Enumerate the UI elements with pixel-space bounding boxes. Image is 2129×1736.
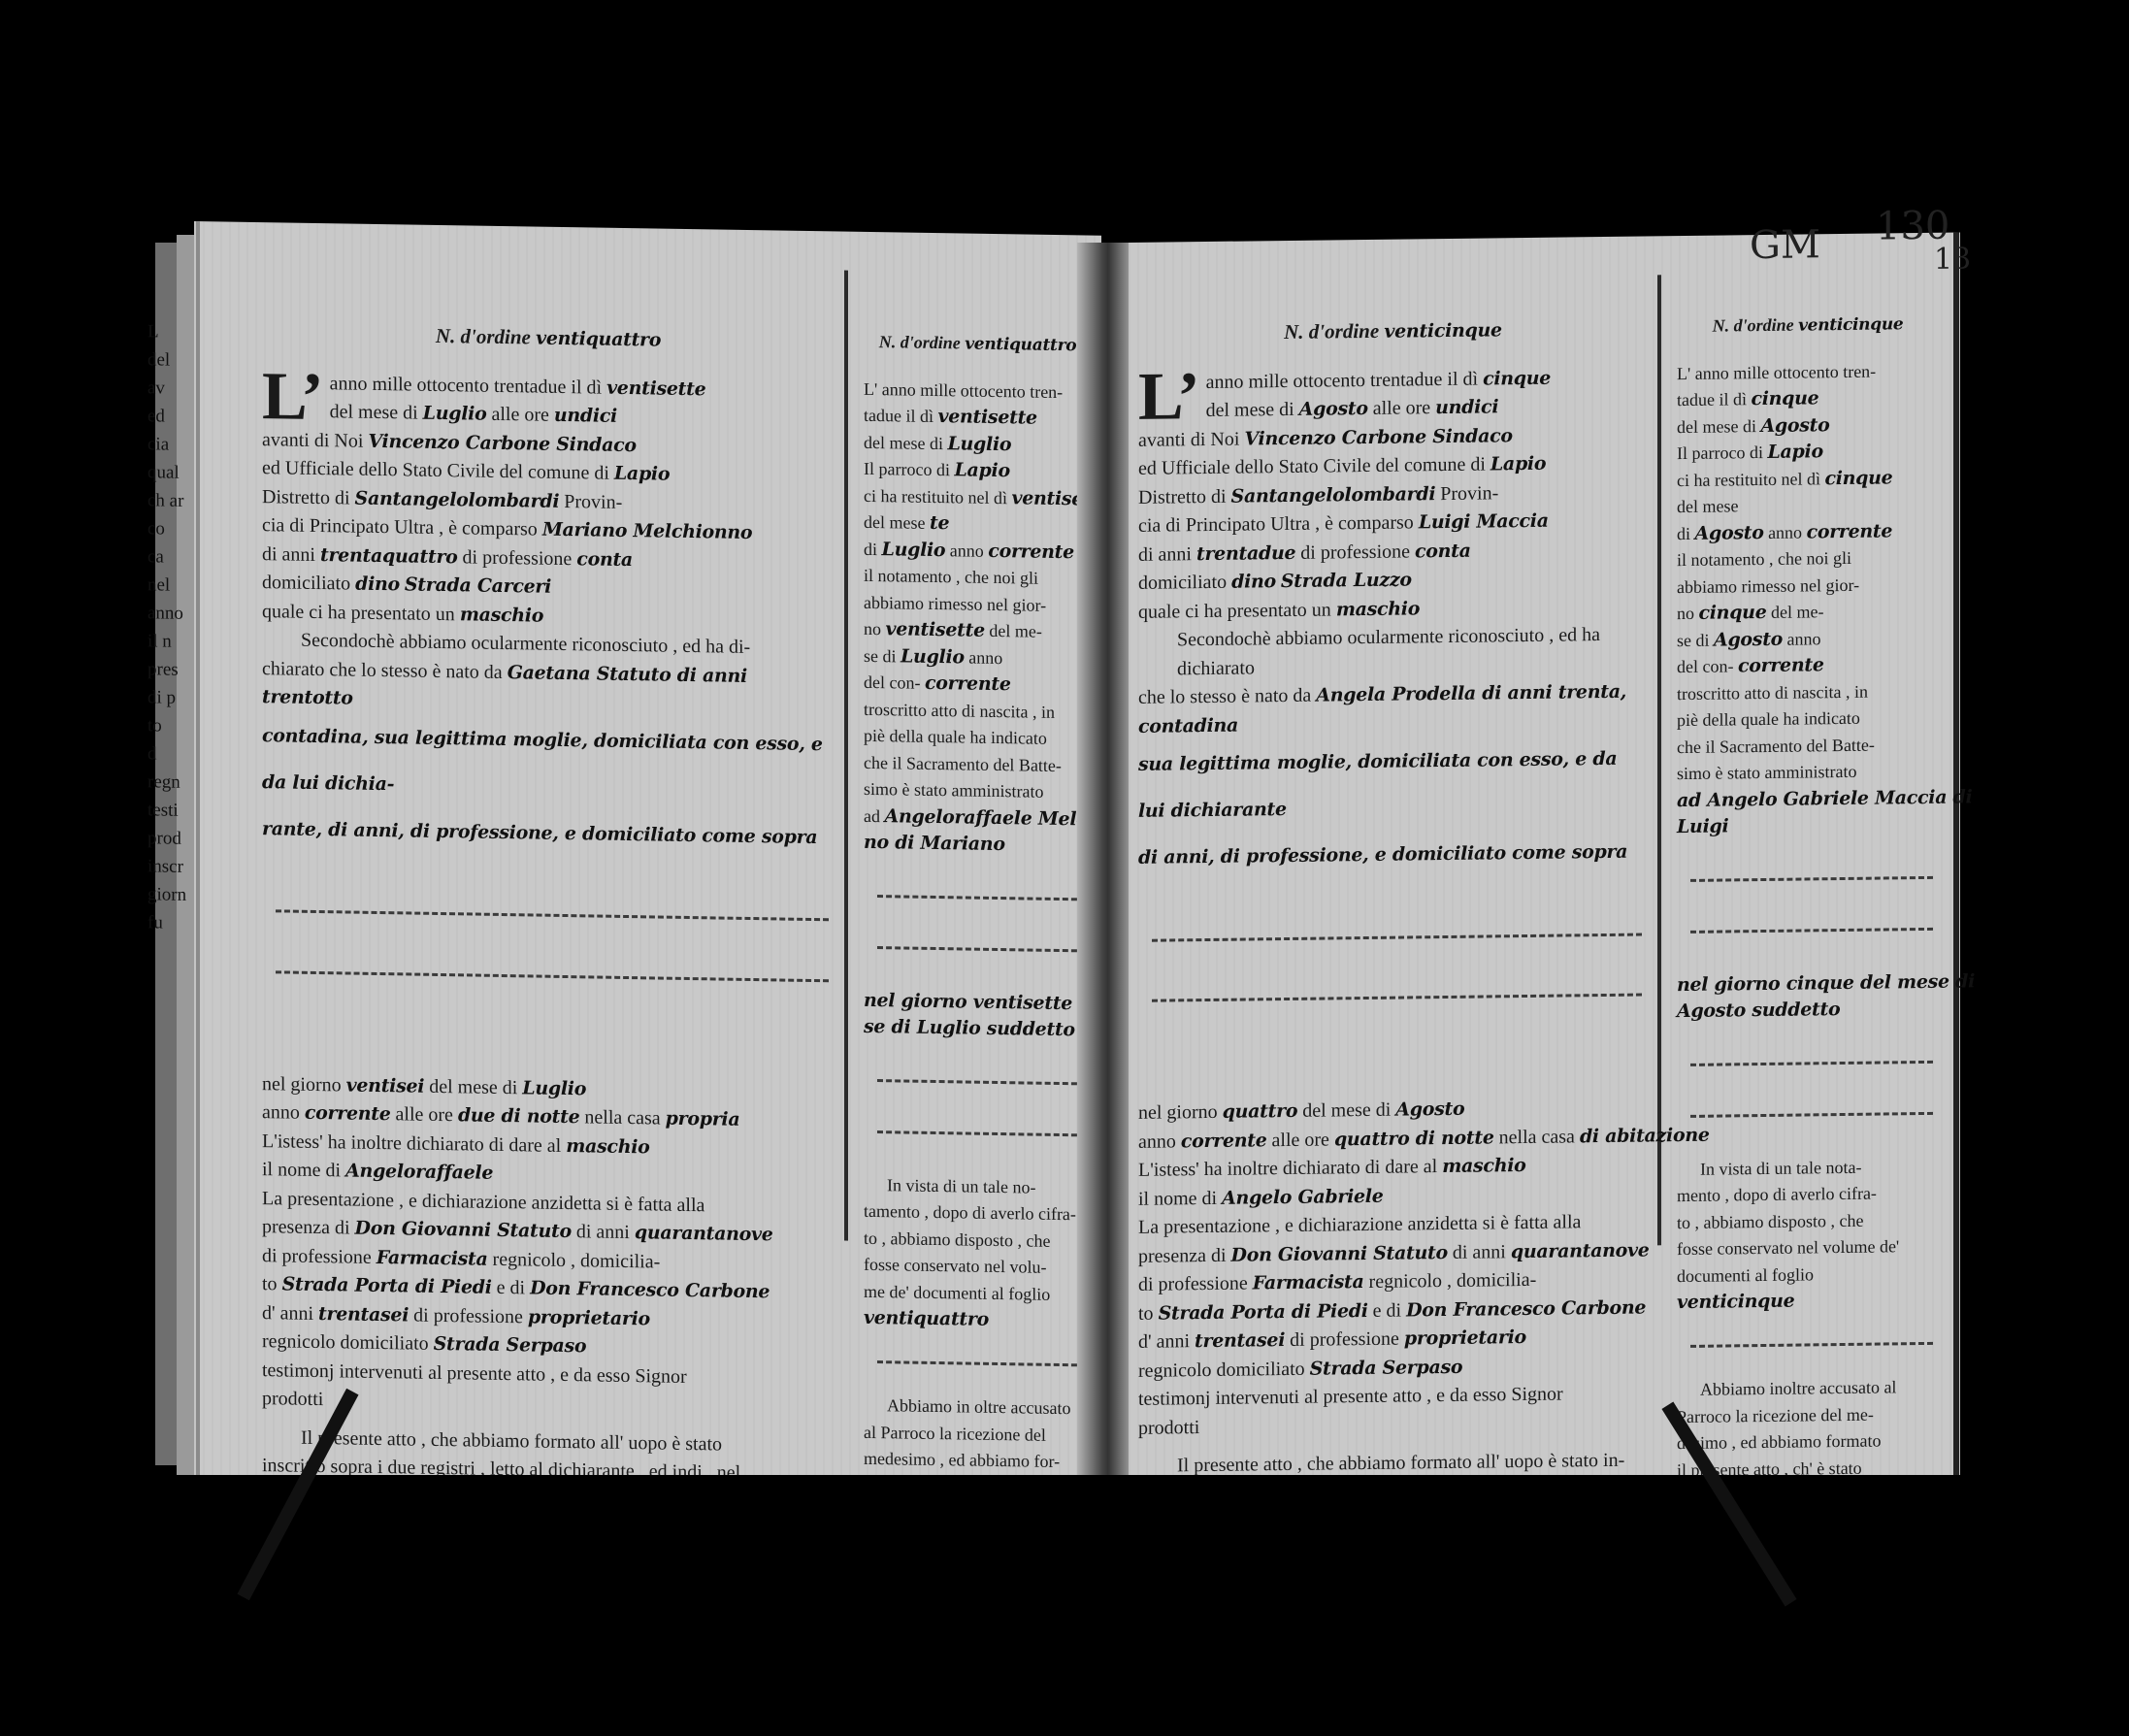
handwritten-entry: quattro di notte bbox=[1334, 1127, 1494, 1150]
printed-text: anno bbox=[950, 540, 984, 561]
record-line: se di Agosto anno bbox=[1677, 624, 1939, 654]
margin-fragment: ch ar bbox=[147, 486, 186, 515]
record-line: simo è stato amministrato bbox=[864, 776, 1092, 806]
final-line: medesimo , ed abbiamo for- bbox=[864, 1446, 1092, 1476]
printed-text: nella casa bbox=[1499, 1126, 1575, 1148]
handwritten-entry: Don Francesco Carbone bbox=[1406, 1296, 1646, 1321]
right-page: GM 130 13 N. d'ordine venticinque L’anno… bbox=[1129, 233, 1960, 1504]
printed-text: presenza di bbox=[262, 1216, 350, 1238]
printed-text: abbiamo rimesso nel gior- bbox=[1677, 574, 1859, 596]
handwritten-entry: maschio bbox=[1336, 598, 1420, 620]
fill-dash bbox=[877, 1051, 1086, 1086]
printed-text: piè della quale ha indicato bbox=[1677, 708, 1860, 730]
printed-text: no bbox=[864, 619, 881, 639]
handwritten-entry: Luglio bbox=[901, 645, 965, 668]
printed-text: del mese di bbox=[1302, 1099, 1391, 1122]
handwritten-entry: Luigi bbox=[1677, 815, 1728, 837]
handwritten-entry: Luigi Maccia bbox=[1419, 510, 1549, 534]
margin-fragment: qual bbox=[147, 458, 186, 487]
printed-text: il notamento , che noi gli bbox=[1677, 548, 1851, 570]
bottom-shadow bbox=[146, 1475, 1989, 1736]
printed-text: Distretto di bbox=[1138, 485, 1227, 508]
handwritten-entry: Farmacista bbox=[1253, 1271, 1364, 1294]
witness-lines: La presentazione , e dichiarazione anzid… bbox=[262, 1185, 835, 1423]
margin-fragment: di p bbox=[147, 683, 186, 712]
vista-line: tamento , dopo di averlo cifra- bbox=[864, 1198, 1092, 1228]
handwritten-entry: Strada Porta di Piedi bbox=[1159, 1299, 1368, 1324]
handwritten-entry: undici bbox=[554, 405, 617, 427]
margin-rule bbox=[196, 221, 200, 1483]
printed-text: anno bbox=[1768, 522, 1802, 541]
printed-text: anno bbox=[968, 647, 1002, 668]
record-line: che il Sacramento del Batte- bbox=[1677, 731, 1939, 761]
fill-dash bbox=[1152, 904, 1642, 942]
record-line: che il Sacramento del Batte- bbox=[864, 749, 1092, 779]
handwritten-entry: Angelo Gabriele bbox=[1222, 1185, 1383, 1208]
handwritten-entry: Don Giovanni Statuto bbox=[355, 1218, 572, 1243]
final-line: Abbiamo in oltre accusato bbox=[864, 1392, 1092, 1423]
printed-text: anno mille ottocento trentadue il dì bbox=[1206, 368, 1478, 392]
handwritten-entry: Strada Serpaso bbox=[1310, 1356, 1463, 1379]
handwritten-entry: Agosto bbox=[1299, 398, 1368, 420]
printed-text: domiciliato bbox=[1138, 572, 1227, 594]
printed-text: L'istess' ha inoltre dichiarato di dare … bbox=[262, 1130, 561, 1157]
printed-text: cia di Principato Ultra , è comparso bbox=[1138, 511, 1414, 536]
record-line: del mese di Luglio bbox=[864, 429, 1092, 459]
record-line: del mese te bbox=[864, 509, 1092, 540]
printed-text: Il presente atto , che abbiamo formato a… bbox=[1177, 1450, 1624, 1477]
printed-text: che il Sacramento del Batte- bbox=[864, 752, 1062, 774]
record-line: ci ha restituito nel dì ventiset bbox=[864, 482, 1092, 512]
declaration-hand-2: rante, di anni, di professione, e domici… bbox=[262, 805, 835, 861]
printed-text: di professione bbox=[1138, 1273, 1248, 1295]
handwritten-entry: cinque bbox=[1824, 467, 1892, 489]
printed-text: ad bbox=[864, 805, 880, 825]
printed-text: e di bbox=[497, 1277, 525, 1298]
printed-text: di anni bbox=[262, 543, 315, 566]
printed-text: del mese di bbox=[864, 432, 943, 452]
printed-text: tadue il dì bbox=[1677, 389, 1747, 409]
printed-text: di professione bbox=[1300, 540, 1410, 563]
printed-text: del me- bbox=[1771, 602, 1823, 622]
record-line: no ventisette del me- bbox=[864, 616, 1092, 646]
final-line: Abbiamo inoltre accusato al bbox=[1677, 1374, 1939, 1404]
handwritten-entry: trentadue bbox=[1196, 541, 1295, 564]
handwritten-entry: Luglio bbox=[947, 433, 1011, 455]
printed-text: L' anno mille ottocento tren- bbox=[864, 378, 1063, 401]
printed-text: prodotti bbox=[262, 1388, 323, 1410]
handwritten-entry: corrente bbox=[925, 672, 1011, 695]
record-line: no cinque del me- bbox=[1677, 598, 1939, 628]
printed-text: presenza di bbox=[1138, 1244, 1227, 1266]
handwritten-entry: trentasei bbox=[318, 1303, 409, 1326]
handwritten-entry: Farmacista bbox=[377, 1246, 488, 1269]
printed-text: anno bbox=[1787, 629, 1821, 648]
printed-text: ci ha restituito nel dì bbox=[1677, 469, 1820, 490]
margin-fragment: il n bbox=[147, 627, 186, 656]
handwritten-entry: Santangelolombardi bbox=[1231, 483, 1436, 508]
printed-text: anno bbox=[1138, 1130, 1176, 1152]
printed-text: to bbox=[262, 1273, 278, 1294]
handwritten-entry: dino bbox=[1231, 571, 1276, 593]
declaration-hand-1: sua legittima moglie, domiciliata con es… bbox=[1138, 735, 1648, 834]
handwritten-entry: trentasei bbox=[1195, 1329, 1285, 1352]
margin-fragment: av bbox=[147, 374, 186, 403]
margin-fragments: Ldelavedciaqualch arcocanelannoil npresd… bbox=[147, 317, 186, 937]
printed-text: troscritto atto di nascita , in bbox=[864, 699, 1055, 721]
heading-number: ventiquattro bbox=[536, 328, 661, 351]
heading-number: ventiquattro bbox=[965, 334, 1076, 355]
handwritten-entry: Strada Porta di Piedi bbox=[282, 1273, 492, 1297]
printed-text: del mese di bbox=[1677, 416, 1756, 437]
record-lines: L’anno mille ottocento trentadue il dì v… bbox=[262, 369, 835, 636]
handwritten-entry: Agosto bbox=[1695, 522, 1764, 544]
printed-text: tadue il dì bbox=[864, 406, 933, 426]
handwritten-entry: Strada Serpaso bbox=[434, 1333, 587, 1357]
printed-text: Provin- bbox=[1440, 482, 1498, 505]
printed-text: nel giorno bbox=[1138, 1101, 1218, 1124]
record-line: Il parroco di Lapio bbox=[864, 456, 1092, 486]
printed-text: di bbox=[864, 539, 877, 558]
printed-text: ed Ufficiale dello Stato Civile del comu… bbox=[262, 457, 609, 484]
drop-cap: L’ bbox=[262, 369, 324, 426]
handwritten-entry: due di notte bbox=[458, 1104, 579, 1128]
handwritten-entry: quattro bbox=[1223, 1100, 1298, 1123]
record-line: no di Mariano bbox=[864, 830, 1092, 860]
record-line: di Luglio anno corrente bbox=[864, 536, 1092, 566]
printed-text: La presentazione , e dichiarazione anzid… bbox=[1138, 1211, 1581, 1238]
handwritten-entry: Luglio bbox=[423, 403, 487, 425]
margin-fragment: d bbox=[147, 739, 186, 769]
declaration-printed2: chiarato che lo stesso è nato da bbox=[262, 658, 503, 683]
baptism-note: nel giorno ventisette del me-se di Lugli… bbox=[864, 987, 1092, 1044]
printed-text: La presentazione , e dichiarazione anzid… bbox=[262, 1188, 704, 1216]
vista-line: mento , dopo di averlo cifra- bbox=[1677, 1180, 1939, 1210]
record-heading: N. d'ordine ventiquattro bbox=[262, 319, 835, 358]
margin-fragment: giorn bbox=[147, 880, 186, 909]
fill-dash bbox=[877, 1101, 1086, 1136]
declaration-hand-1: contadina, sua legittima moglie, domicil… bbox=[262, 712, 835, 814]
printed-text: Provin- bbox=[564, 490, 622, 512]
printed-text: L'istess' ha inoltre dichiarato di dare … bbox=[1138, 1156, 1437, 1181]
printed-text: del me- bbox=[989, 621, 1041, 641]
vista-line: fosse conservato nel volu- bbox=[864, 1252, 1092, 1282]
printed-text: Il parroco di bbox=[864, 459, 950, 479]
handwritten-entry: te bbox=[930, 512, 949, 534]
handwritten-entry: proprietario bbox=[1404, 1327, 1526, 1350]
printed-text: simo è stato amministrato bbox=[1677, 762, 1856, 783]
handwritten-entry: Agosto bbox=[1395, 1098, 1464, 1121]
record-line: del con- corrente bbox=[864, 670, 1092, 700]
drop-cap: L’ bbox=[1138, 369, 1200, 426]
record-line: troscritto atto di nascita , in bbox=[864, 696, 1092, 726]
record-line: il notamento , che noi gli bbox=[864, 563, 1092, 593]
heading-label: N. d'ordine bbox=[1713, 315, 1794, 336]
left-page: Ldelavedciaqualch arcocanelannoil npresd… bbox=[194, 221, 1101, 1497]
printed-text: che il Sacramento del Batte- bbox=[1677, 735, 1875, 756]
birth-lines: nel giorno ventisei del mese di Luglio a… bbox=[262, 1070, 835, 1194]
handwritten-entry: Mariano Melchionno bbox=[542, 519, 753, 543]
printed-text: avanti di Noi bbox=[262, 429, 363, 452]
printed-text: testimonj intervenuti al presente atto ,… bbox=[1138, 1384, 1563, 1410]
side-lines: L' anno mille ottocento tren- tadue il d… bbox=[1677, 357, 1939, 840]
fill-dash bbox=[877, 867, 1086, 901]
fill-dash bbox=[877, 1332, 1086, 1367]
handwritten-entry: Agosto bbox=[1714, 628, 1783, 650]
margin-fragment: ed bbox=[147, 402, 186, 431]
handwritten-entry: corrente bbox=[1807, 520, 1893, 542]
printed-text: nella casa bbox=[584, 1106, 660, 1129]
printed-text: testimonj intervenuti al presente atto ,… bbox=[262, 1359, 687, 1388]
margin-fragment: fu bbox=[147, 908, 186, 937]
fill-dash bbox=[276, 881, 829, 921]
printed-text: di anni bbox=[1138, 543, 1192, 566]
fill-dash bbox=[877, 917, 1086, 952]
final-line: desimo , ed abbiamo formato bbox=[1677, 1427, 1939, 1458]
printed-text: regnicolo , domicilia- bbox=[493, 1248, 661, 1272]
handwritten-entry: ventisei bbox=[346, 1074, 425, 1097]
handwritten-entry: undici bbox=[1435, 396, 1498, 418]
record-line: del mese bbox=[1677, 491, 1939, 521]
margin-fragment: pres bbox=[147, 655, 186, 684]
printed-text: L' anno mille ottocento tren- bbox=[1677, 361, 1876, 383]
printed-text: del mese bbox=[864, 512, 925, 533]
record-line: di Agosto anno corrente bbox=[1677, 517, 1939, 547]
handwritten-entry: se di Luglio suddetto bbox=[864, 1014, 1092, 1044]
handwritten-entry: Agosto suddetto bbox=[1677, 996, 1939, 1026]
printed-text: e di bbox=[1373, 1299, 1401, 1321]
margin-fragment: anno bbox=[147, 599, 186, 628]
printed-text: d' anni bbox=[1138, 1330, 1190, 1353]
printed-text: regnicolo domiciliato bbox=[1138, 1358, 1305, 1381]
handwritten-entry: dino bbox=[355, 573, 400, 596]
printed-text: di professione bbox=[413, 1304, 523, 1327]
record-line: se di Luglio anno bbox=[864, 642, 1092, 672]
handwritten-entry: conta bbox=[1415, 540, 1471, 562]
vista-line: documenti al foglio bbox=[1677, 1260, 1939, 1290]
declaration-printed: Secondochè abbiamo ocularmente riconosci… bbox=[1138, 620, 1648, 683]
printed-text: il nome di bbox=[1138, 1187, 1217, 1209]
heading-label: N. d'ordine bbox=[436, 324, 531, 349]
printed-text: abbiamo rimesso nel gior- bbox=[864, 592, 1046, 614]
printed-text: to bbox=[1138, 1302, 1154, 1324]
vista-line: In vista di un tale nota- bbox=[1677, 1153, 1939, 1183]
handwritten-entry: conta bbox=[576, 548, 633, 571]
handwritten-entry: trentaquattro bbox=[320, 544, 458, 568]
printed-text: domiciliato bbox=[262, 572, 350, 594]
printed-text: no bbox=[1677, 604, 1694, 623]
printed-text: Il presente atto , che abbiamo formato a… bbox=[301, 1426, 722, 1455]
record-line: L' anno mille ottocento tren- bbox=[1677, 357, 1939, 387]
main-record-24: N. d'ordine ventiquattro L’anno mille ot… bbox=[262, 319, 835, 1661]
fill-dash bbox=[1690, 1032, 1933, 1066]
record-line: tadue il dì ventisette bbox=[864, 403, 1092, 433]
handwritten-entry: Angeloraffaele bbox=[345, 1160, 493, 1183]
printed-text: nel giorno bbox=[262, 1073, 342, 1096]
handwritten-entry: Luglio bbox=[522, 1077, 586, 1099]
fill-dash bbox=[1690, 1313, 1933, 1348]
printed-text: regnicolo , domicilia- bbox=[1369, 1269, 1537, 1293]
printed-text: ci ha restituito nel dì bbox=[864, 485, 1007, 507]
printed-text: del mese di bbox=[1206, 399, 1294, 421]
printed-text: anno bbox=[262, 1101, 300, 1124]
declaration-printed2: che lo stesso è nato da bbox=[1138, 685, 1311, 708]
handwritten-entry: ad Angelo Gabriele Maccia di bbox=[1677, 786, 1972, 811]
heading-number: venticinque bbox=[1798, 314, 1903, 335]
record-line: troscritto atto di nascita , in bbox=[1677, 677, 1939, 707]
record-line: abbiamo rimesso nel gior- bbox=[1677, 571, 1939, 601]
printed-text: se di bbox=[864, 645, 897, 666]
handwritten-entry: Lapio bbox=[1490, 453, 1546, 475]
handwritten-entry: Lapio bbox=[614, 463, 670, 485]
vista-line: fosse conservato nel volume de' bbox=[1677, 1233, 1939, 1263]
side-lines: L' anno mille ottocento tren- tadue il d… bbox=[864, 376, 1092, 860]
margin-fragment: prod bbox=[147, 824, 186, 853]
printed-text: del con- bbox=[864, 672, 920, 693]
handwritten-entry: Don Francesco Carbone bbox=[530, 1277, 770, 1302]
printed-text: del mese bbox=[1677, 496, 1738, 516]
vista-lines: In vista di un tale nota-mento , dopo di… bbox=[1677, 1153, 1939, 1316]
margin-fragment: co bbox=[147, 514, 186, 543]
column-divider bbox=[844, 271, 848, 1241]
handwritten-entry: proprietario bbox=[528, 1306, 650, 1329]
printed-text: il notamento , che noi gli bbox=[864, 566, 1038, 588]
margin-fragment: ca bbox=[147, 542, 186, 572]
book-gutter bbox=[1077, 243, 1133, 1504]
register-spread: Ldelavedciaqualch arcocanelannoil npresd… bbox=[0, 0, 2129, 1736]
record-line: L' anno mille ottocento tren- bbox=[864, 376, 1092, 406]
printed-text: simo è stato amministrato bbox=[864, 779, 1043, 802]
handwritten-entry: cinque bbox=[1483, 367, 1551, 389]
final-line: Parroco la ricezione del me- bbox=[1677, 1400, 1939, 1430]
printed-text: troscritto atto di nascita , in bbox=[1677, 681, 1868, 703]
handwritten-entry: ventisette bbox=[606, 377, 705, 400]
handwritten-entry: Strada Carceri bbox=[405, 573, 551, 597]
handwritten-entry: ventisette bbox=[937, 406, 1036, 429]
vista-lines: In vista di un tale no-tamento , dopo di… bbox=[864, 1171, 1092, 1335]
record-line: abbiamo rimesso nel gior- bbox=[864, 589, 1092, 619]
margin-fragment: L bbox=[147, 317, 186, 346]
handwritten-entry: propria bbox=[666, 1108, 740, 1130]
record-line: Luigi bbox=[1677, 811, 1939, 841]
printed-text: alle ore bbox=[1272, 1129, 1329, 1151]
handwritten-entry: nel giorno cinque del mese di bbox=[1677, 968, 1939, 999]
vista-line: to , abbiamo disposto , che bbox=[1677, 1206, 1939, 1236]
record-line: piè della quale ha indicato bbox=[1677, 704, 1939, 735]
handwritten-entry: Lapio bbox=[1767, 441, 1822, 463]
fill-dash bbox=[276, 941, 829, 981]
record-line: il notamento , che noi gli bbox=[1677, 544, 1939, 574]
margin-fragment: del bbox=[147, 345, 186, 375]
baptism-note: nel giorno cinque del mese diAgosto sudd… bbox=[1677, 968, 1939, 1025]
margin-fragment: inscr bbox=[147, 852, 186, 881]
record-line: simo è stato amministrato bbox=[1677, 758, 1939, 788]
handwritten-entry: Strada Luzzo bbox=[1281, 569, 1412, 592]
printed-text: Il parroco di bbox=[1677, 442, 1763, 463]
handwritten-entry: Agosto bbox=[1760, 414, 1829, 437]
handwritten-entry: corrente bbox=[1181, 1130, 1267, 1152]
printed-text: anno mille ottocento trentadue il dì bbox=[330, 373, 602, 398]
handwritten-entry: Santangelolombardi bbox=[355, 487, 560, 511]
printed-text: del mese di bbox=[330, 401, 418, 423]
handwritten-entry: maschio bbox=[566, 1135, 649, 1158]
column-divider bbox=[1657, 275, 1661, 1245]
heading-number: venticinque bbox=[1384, 319, 1501, 342]
handwritten-entry: maschio bbox=[1442, 1155, 1525, 1177]
printed-text: del mese di bbox=[429, 1075, 517, 1097]
printed-text: regnicolo domiciliato bbox=[262, 1330, 429, 1355]
handwritten-entry: Lapio bbox=[954, 459, 1009, 481]
printed-text: Distretto di bbox=[262, 486, 350, 508]
printed-text: quale ci ha presentato un bbox=[1138, 599, 1331, 622]
margin-fragment: testi bbox=[147, 796, 186, 825]
printed-text: avanti di Noi bbox=[1138, 428, 1239, 450]
handwritten-entry: ventisette bbox=[886, 618, 985, 641]
margin-fragment: cia bbox=[147, 430, 186, 459]
printed-text: il nome di bbox=[262, 1159, 341, 1181]
record-line: Il parroco di Lapio bbox=[1677, 438, 1939, 468]
printed-text: di professione bbox=[262, 1245, 372, 1268]
handwritten-entry: corrente bbox=[988, 540, 1074, 562]
vista-line: me de' documenti al foglio bbox=[864, 1278, 1092, 1308]
handwritten-entry: no di Mariano bbox=[864, 832, 1005, 855]
printed-text: prodotti bbox=[1138, 1417, 1199, 1439]
handwritten-entry: cinque bbox=[1751, 387, 1818, 409]
record-line: ad Angeloraffaele Melchion bbox=[864, 802, 1092, 833]
printed-text: quale ci ha presentato un bbox=[262, 601, 455, 625]
handwritten-entry: Luglio bbox=[882, 539, 946, 561]
handwritten-entry: Don Giovanni Statuto bbox=[1231, 1241, 1448, 1265]
page-edge bbox=[1953, 233, 1959, 1494]
handwritten-entry: quarantanove bbox=[635, 1222, 773, 1245]
vista-line: In vista di un tale no- bbox=[864, 1171, 1092, 1201]
printed-text: alle ore bbox=[396, 1103, 453, 1126]
printed-text: piè della quale ha indicato bbox=[864, 726, 1047, 748]
printed-text: di anni bbox=[576, 1221, 630, 1243]
record-heading: N. d'ordine venticinque bbox=[1138, 313, 1648, 349]
margin-fragment: to bbox=[147, 711, 186, 740]
printed-text: di bbox=[1677, 523, 1690, 542]
folio-alt: 13 bbox=[1934, 242, 1971, 276]
handwritten-entry: quarantanove bbox=[1511, 1239, 1650, 1262]
handwritten-entry: corrente bbox=[1738, 654, 1824, 676]
fill-dash bbox=[1152, 965, 1642, 1002]
printed-text: alle ore bbox=[491, 404, 548, 426]
handwritten-entry: cinque bbox=[1699, 602, 1767, 624]
witness-lines: La presentazione , e dichiarazione anzid… bbox=[1138, 1207, 1648, 1442]
handwritten-entry: maschio bbox=[460, 604, 543, 626]
handwritten-entry: Vincenzo Carbone Sindaco bbox=[368, 430, 636, 455]
record-line: tadue il dì cinque bbox=[1677, 384, 1939, 414]
printed-text: di professione bbox=[1290, 1328, 1399, 1351]
handwritten-entry: corrente bbox=[305, 1102, 391, 1125]
record-line: del con- corrente bbox=[1677, 651, 1939, 681]
fill-dash bbox=[1690, 899, 1933, 934]
handwritten-entry: venticinque bbox=[1677, 1287, 1939, 1317]
fill-dash bbox=[1690, 847, 1933, 882]
vista-line: to , abbiamo disposto , che bbox=[864, 1225, 1092, 1255]
record-line: ad Angelo Gabriele Maccia di bbox=[1677, 784, 1939, 814]
handwritten-entry: ventiquattro bbox=[864, 1305, 1092, 1335]
record-line: ci ha restituito nel dì cinque bbox=[1677, 464, 1939, 494]
printed-text: se di bbox=[1677, 630, 1710, 649]
corner-initials: GM bbox=[1750, 222, 1820, 268]
declaration-hand-2: di anni, di professione, e domiciliato c… bbox=[1138, 828, 1648, 880]
handwritten-entry: nel giorno ventisette del me- bbox=[864, 987, 1092, 1017]
side-record-heading: N. d'ordine venticinque bbox=[1677, 311, 1939, 342]
printed-text: di professione bbox=[463, 546, 573, 570]
printed-text: d' anni bbox=[262, 1302, 313, 1325]
